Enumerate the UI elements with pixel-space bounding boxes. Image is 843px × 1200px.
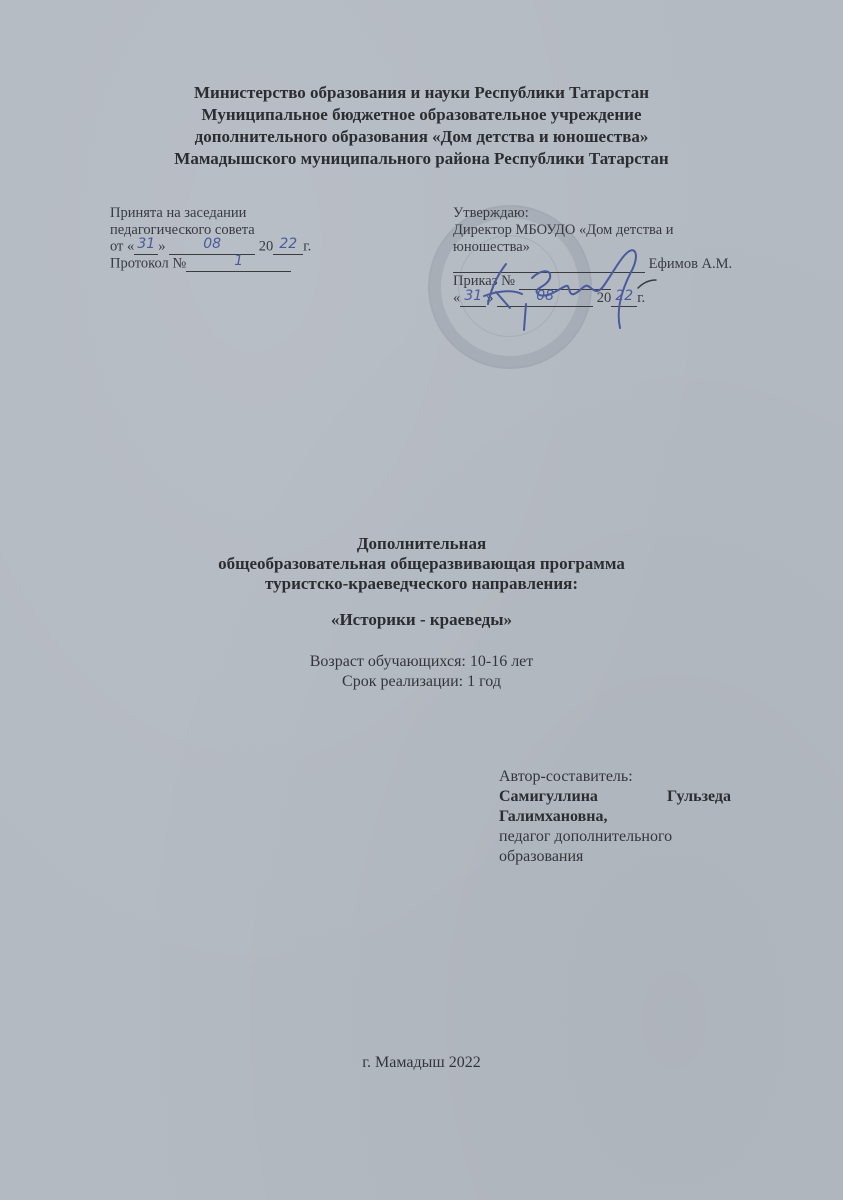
day-field: 31 (134, 238, 158, 255)
place-and-year: г. Мамадыш 2022 (0, 1053, 843, 1073)
author-first-name: Гульзеда (667, 787, 731, 807)
date-prefix: от « (110, 239, 134, 255)
council-line-1: Принята на заседании (110, 205, 311, 222)
author-label: Автор-составитель: (499, 767, 749, 787)
author-position-1: педагог дополнительного (499, 827, 749, 847)
director-title-line: Директор МБОУДО «Дом детства и (453, 222, 732, 239)
date-open: « (453, 290, 460, 306)
year-unit: г. (303, 239, 311, 255)
institution-name-line: дополнительного образования «Дом детства… (0, 126, 843, 148)
district-line: Мамадышского муниципального района Респу… (0, 148, 843, 170)
month-value: 08 (203, 236, 221, 252)
author-block: Автор-составитель: Самигуллина Гульзеда … (499, 767, 749, 867)
approve-label: Утверждаю: (453, 205, 732, 222)
director-signature-icon (470, 244, 670, 334)
year-value: 22 (279, 236, 297, 252)
student-age: Возраст обучающихся: 10-16 лет (0, 652, 843, 672)
date-close: » (158, 239, 165, 255)
author-name-row: Самигуллина Гульзеда (499, 787, 731, 807)
protocol-row: Протокол №1 (110, 255, 311, 272)
year-field: 22 (273, 238, 303, 255)
protocol-label: Протокол № (110, 256, 186, 272)
author-patronymic: Галимхановна, (499, 807, 749, 827)
title-line-3: туристско-краеведческого направления: (0, 574, 843, 594)
program-title: Дополнительная общеобразовательная общер… (0, 534, 843, 594)
document-header: Министерство образования и науки Республ… (0, 82, 843, 170)
protocol-number: 1 (234, 253, 243, 269)
protocol-field: 1 (186, 255, 291, 272)
day-value: 31 (137, 236, 155, 252)
title-line-2: общеобразовательная общеразвивающая прог… (0, 554, 843, 574)
council-approval-block: Принята на заседании педагогического сов… (110, 205, 311, 272)
program-meta: Возраст обучающихся: 10-16 лет Срок реал… (0, 652, 843, 692)
ministry-line: Министерство образования и науки Республ… (0, 82, 843, 104)
year-prefix: 20 (259, 239, 274, 255)
author-position-2: образования (499, 847, 749, 867)
title-line-1: Дополнительная (0, 534, 843, 554)
program-name: «Историки - краеведы» (0, 610, 843, 630)
institution-line: Муниципальное бюджетное образовательное … (0, 104, 843, 126)
council-date-row: от «31» 08 2022г. (110, 238, 311, 255)
author-surname: Самигуллина (499, 787, 598, 807)
program-duration: Срок реализации: 1 год (0, 672, 843, 692)
